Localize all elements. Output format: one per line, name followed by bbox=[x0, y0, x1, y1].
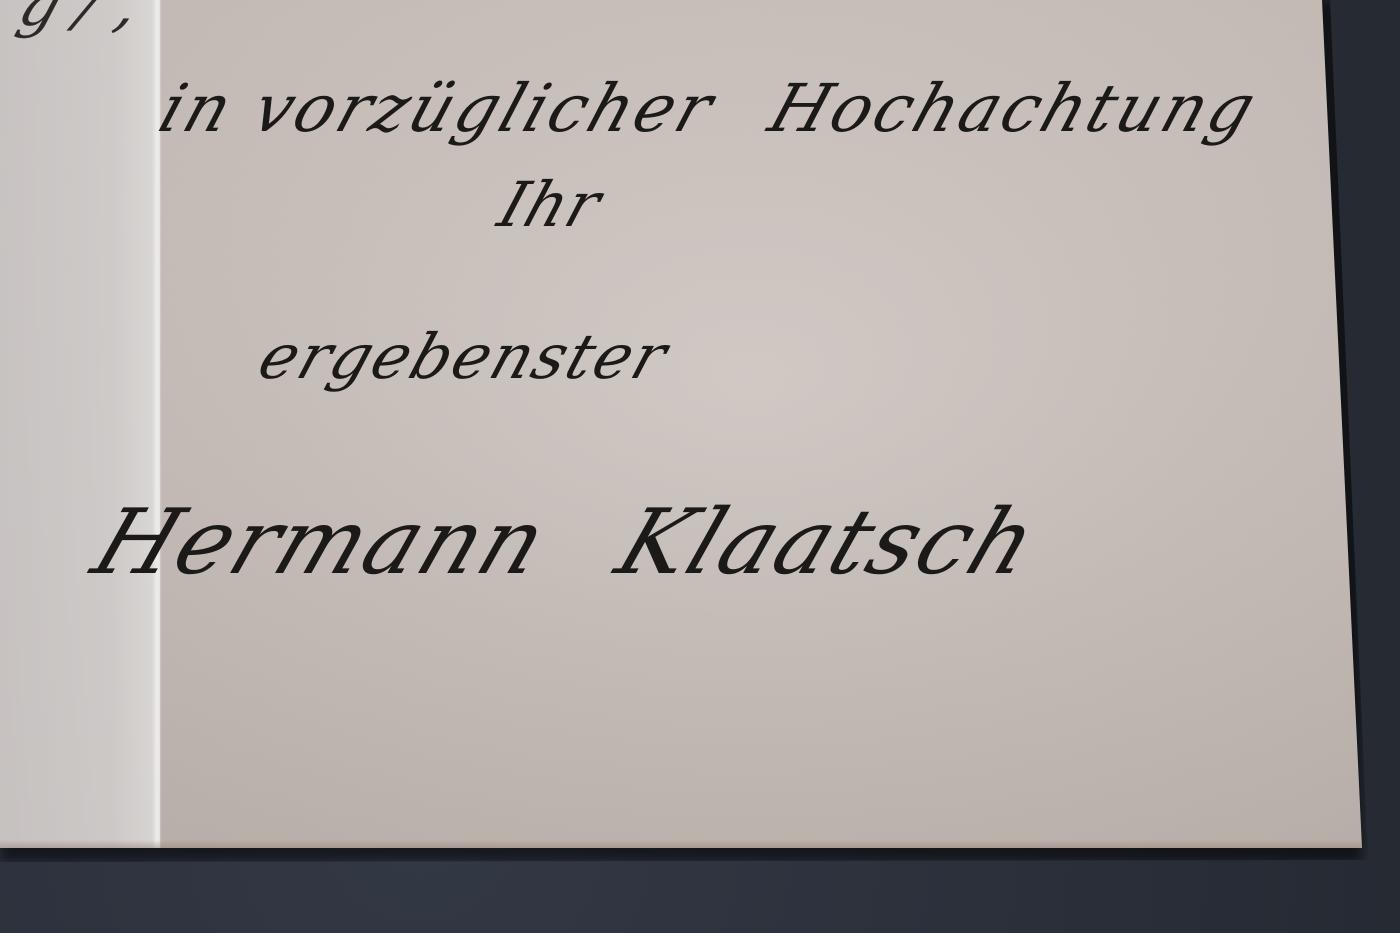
closing-phrase: in vorzüglicher bbox=[150, 70, 725, 147]
closing-line-3: ergebenster bbox=[250, 320, 678, 393]
closing-line-2: Ihr bbox=[490, 168, 611, 241]
letter-paper: g / , in vorzüglicherHochachtung Ihr erg… bbox=[0, 0, 1364, 848]
paper-bottom-edge bbox=[0, 840, 1362, 848]
fold-band bbox=[0, 0, 160, 848]
photo-scene: g / , in vorzüglicherHochachtung Ihr erg… bbox=[0, 0, 1400, 933]
signature: HermannKlaatsch bbox=[80, 490, 1052, 595]
signature-last-name: Klaatsch bbox=[604, 490, 1052, 595]
closing-line-1: in vorzüglicherHochachtung bbox=[150, 70, 1267, 147]
signature-first-name: Hermann bbox=[80, 490, 562, 595]
closing-phrase-hochachtung: Hochachtung bbox=[760, 70, 1267, 147]
